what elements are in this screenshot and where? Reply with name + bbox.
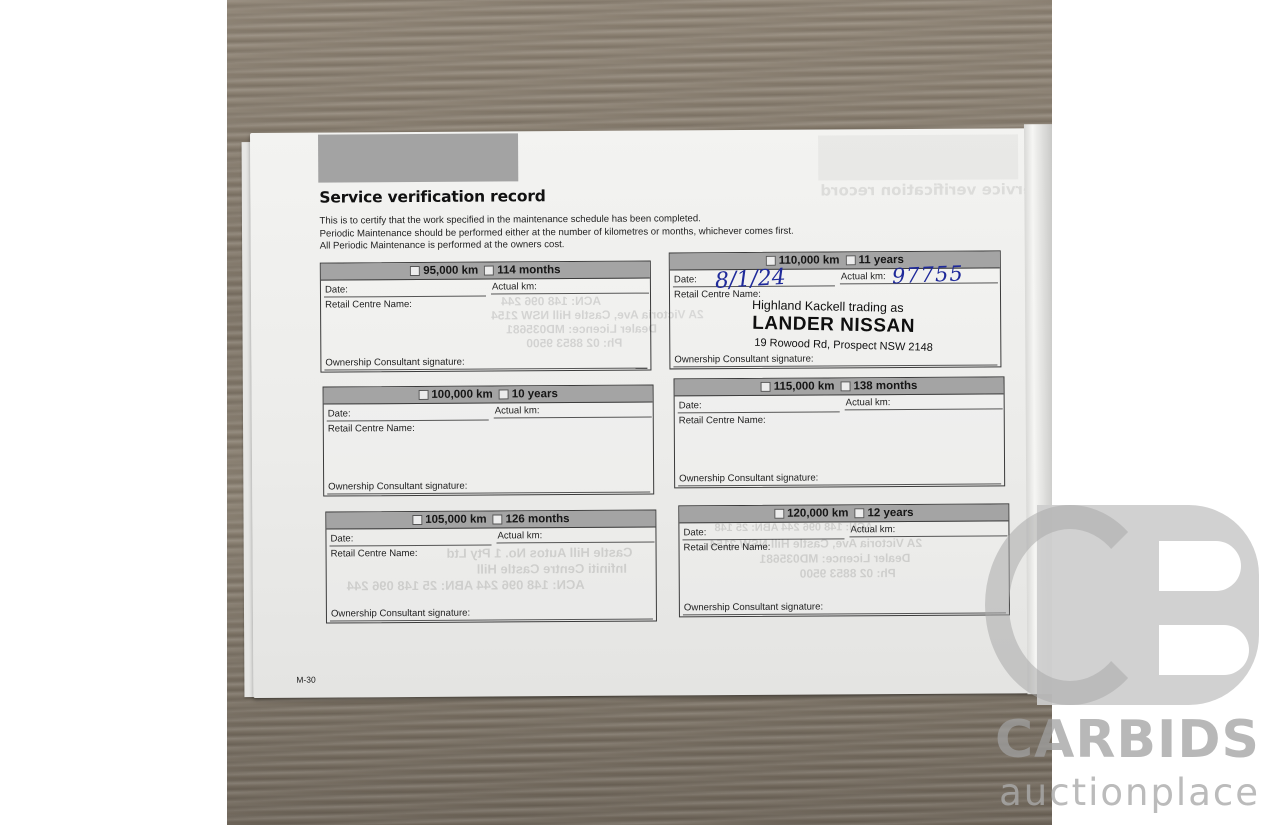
service-record-card: 120,000 km 12 years Date: Actual km: Ret… (678, 503, 1010, 617)
handwritten-date: 8/1/24 (714, 265, 786, 294)
page-stack-edge (1024, 124, 1052, 694)
period-checkbox[interactable] (484, 266, 494, 276)
reverse-page-stamp-show-through: Ph: 02 8853 9500 (526, 336, 622, 351)
reverse-page-stamp-show-through: ACN: 148 096 244 (501, 294, 601, 309)
actual-km-field[interactable] (497, 542, 655, 544)
page-title: Service verification record (319, 187, 545, 206)
period-interval-label: 114 months (497, 264, 560, 276)
card-header: 105,000 km 126 months (326, 511, 655, 530)
facing-page-title-show-through: Service verification record (820, 180, 1044, 199)
reverse-page-stamp-show-through: Infiniti Centre Castle Hill (477, 561, 627, 577)
reverse-page-stamp-show-through: Dealer Licence: MD035681 (760, 551, 911, 566)
signature-label: Ownership Consultant signature: (325, 357, 464, 369)
signature-label: Ownership Consultant signature: (684, 602, 823, 614)
km-interval-label: 100,000 km (431, 389, 492, 401)
signature-label: Ownership Consultant signature: (679, 473, 818, 485)
period-checkbox[interactable] (845, 255, 855, 265)
service-book-page: Service verification record Service veri… (250, 128, 1052, 698)
km-checkbox[interactable] (766, 256, 776, 266)
reverse-page-stamp-show-through: Dealer Licence: MD035681 (506, 322, 657, 337)
reverse-page-stamp-show-through: ACN: 148 096 244 ABN: 25 148 (714, 521, 873, 534)
service-record-card: 100,000 km 10 years Date: Actual km: Ret… (323, 385, 655, 497)
actual-km-label: Actual km: (495, 405, 540, 416)
reverse-page-stamp-show-through: ACN: 148 096 244 ABN: 25 148 096 244 (347, 577, 585, 593)
km-checkbox[interactable] (418, 390, 428, 400)
reverse-page-stamp-show-through: Castle Hill Autos No. 1 Pty Ltd (447, 545, 633, 561)
date-label: Date: (330, 533, 353, 544)
date-field[interactable] (327, 420, 489, 422)
dealer-stamp-name: LANDER NISSAN (752, 313, 915, 338)
section-tab-block (318, 133, 518, 182)
period-checkbox[interactable] (840, 381, 850, 391)
retail-centre-label: Retail Centre Name: (331, 548, 418, 560)
km-interval-label: 105,000 km (425, 514, 486, 526)
period-checkbox[interactable] (854, 508, 864, 518)
actual-km-label: Actual km: (846, 397, 891, 408)
reverse-page-stamp-show-through: 2A Victoria Ave, Castle Hill NSW 2154 (709, 536, 922, 551)
km-checkbox[interactable] (412, 515, 422, 525)
period-interval-label: 10 years (512, 388, 558, 400)
retail-centre-label: Retail Centre Name: (328, 423, 415, 435)
service-record-card: 95,000 km 114 months Date: Actual km: Re… (320, 261, 652, 373)
signature-label: Ownership Consultant signature: (674, 354, 813, 366)
date-label: Date: (679, 400, 702, 411)
intro-text: This is to certify that the work specifi… (320, 212, 880, 253)
date-label: Date: (674, 274, 697, 285)
actual-km-field[interactable] (845, 408, 1003, 410)
watermark-b-letter (1037, 505, 1259, 705)
period-checkbox[interactable] (493, 514, 503, 524)
service-record-card: 110,000 km 11 years Date: Actual km: Ret… (669, 250, 1002, 369)
page-number: M-30 (296, 675, 315, 685)
period-interval-label: 138 months (853, 380, 917, 392)
actual-km-field[interactable] (494, 417, 652, 419)
handwritten-actual-km: 97755 (891, 261, 964, 288)
retail-centre-label: Retail Centre Name: (679, 415, 766, 427)
card-header: 115,000 km 138 months (675, 377, 1004, 396)
km-interval-label: 95,000 km (423, 265, 478, 277)
date-label: Date: (683, 527, 706, 538)
retail-centre-label: Retail Centre Name: (325, 299, 412, 311)
actual-km-label: Actual km: (492, 281, 537, 292)
service-record-card: 115,000 km 138 months Date: Actual km: R… (674, 376, 1006, 488)
km-checkbox[interactable] (410, 266, 420, 276)
km-interval-label: 115,000 km (774, 380, 835, 392)
period-interval-label: 12 years (867, 507, 913, 519)
actual-km-label: Actual km: (841, 271, 886, 282)
period-checkbox[interactable] (499, 389, 509, 399)
actual-km-label: Actual km: (497, 530, 542, 541)
facing-page-show-through (818, 134, 1018, 180)
card-header: 95,000 km 114 months (321, 262, 650, 281)
dealer-stamp-address: 19 Rowood Rd, Prospect NSW 2148 (754, 337, 933, 354)
period-interval-label: 126 months (506, 513, 570, 525)
date-field[interactable] (678, 411, 840, 413)
service-record-card: 105,000 km 126 months Date: Actual km: R… (325, 510, 657, 624)
date-label: Date: (328, 408, 351, 419)
signature-label: Ownership Consultant signature: (331, 608, 470, 620)
km-interval-label: 110,000 km (779, 254, 840, 266)
km-checkbox[interactable] (774, 509, 784, 519)
date-field[interactable] (324, 296, 486, 298)
signature-label: Ownership Consultant signature: (328, 481, 467, 493)
date-label: Date: (325, 284, 348, 295)
card-header: 100,000 km 10 years (324, 386, 653, 405)
document-photo: Service verification record Service veri… (227, 0, 1052, 825)
km-checkbox[interactable] (761, 382, 771, 392)
reverse-page-stamp-show-through: Ph: 02 8853 9500 (800, 566, 896, 581)
km-interval-label: 120,000 km (787, 507, 848, 519)
